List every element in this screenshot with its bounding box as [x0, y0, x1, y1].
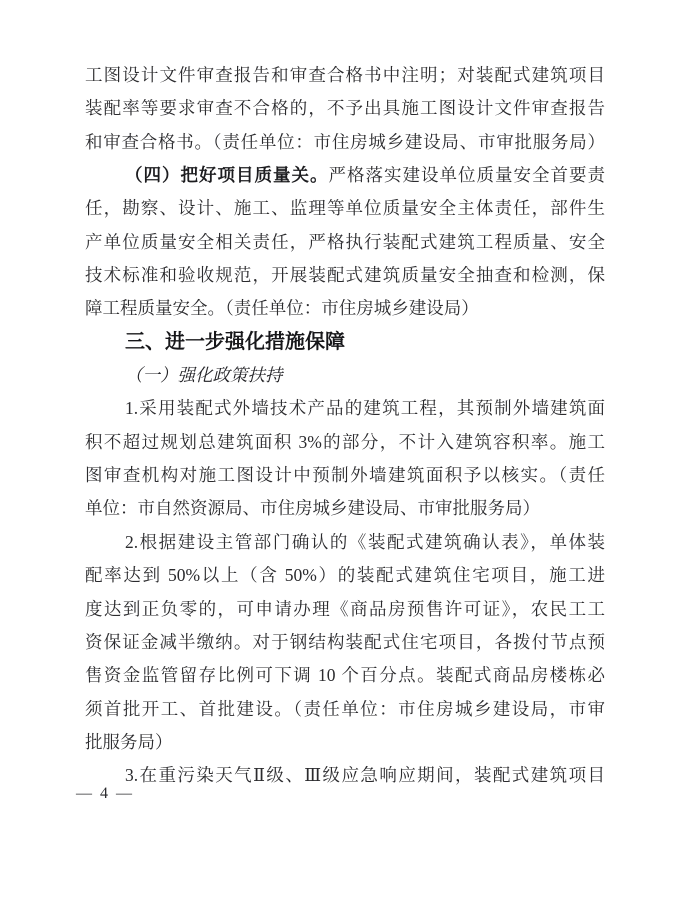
body-line: 障工程质量安全。（责任单位：市住房城乡建设局）: [85, 292, 605, 325]
body-line: 度达到正负零的，可申请办理《商品房预售许可证》，农民工工: [85, 593, 605, 626]
subsection-heading: （一）强化政策扶持: [85, 359, 605, 392]
paragraph-start-line: 3.在重污染天气Ⅱ级、Ⅲ级应急响应期间，装配式建筑项目: [85, 759, 605, 792]
text-block: 工图设计文件审查报告和审查合格书中注明；对装配式建筑项目 装配率等要求审查不合格…: [85, 59, 605, 793]
body-line: 资保证金减半缴纳。对于钢结构装配式住宅项目，各拨付节点预: [85, 626, 605, 659]
body-line: 技术标准和验收规范，开展装配式建筑质量安全抽查和检测，保: [85, 259, 605, 292]
body-line: 产单位质量安全相关责任，严格执行装配式建筑工程质量、安全: [85, 226, 605, 259]
page-number: — 4 —: [76, 783, 134, 805]
paragraph-start-line: 1.采用装配式外墙技术产品的建筑工程，其预制外墙建筑面: [85, 392, 605, 425]
paragraph-start-line: （四）把好项目质量关。严格落实建设单位质量安全首要责: [85, 159, 605, 192]
document-page: 工图设计文件审查报告和审查合格书中注明；对装配式建筑项目 装配率等要求审查不合格…: [0, 0, 680, 898]
paragraph-start-line: 2.根据建设主管部门确认的《装配式建筑确认表》，单体装: [85, 526, 605, 559]
body-line: 批服务局）: [85, 726, 605, 759]
section-heading: 三、进一步强化措施保障: [85, 326, 605, 359]
body-line: 单位：市自然资源局、市住房城乡建设局、市审批服务局）: [85, 492, 605, 525]
body-line: 和审查合格书。（责任单位：市住房城乡建设局、市审批服务局）: [85, 126, 605, 159]
body-line: 积不超过规划总建筑面积 3%的部分，不计入建筑容积率。施工: [85, 426, 605, 459]
body-line: 图审查机构对施工图设计中预制外墙建筑面积予以核实。（责任: [85, 459, 605, 492]
paragraph-lead-bold: （四）把好项目质量关。: [125, 165, 329, 185]
body-line-text: 严格落实建设单位质量安全首要责: [329, 165, 606, 185]
body-line: 售资金监管留存比例可下调 10 个百分点。装配式商品房楼栋必: [85, 659, 605, 692]
body-line: 工图设计文件审查报告和审查合格书中注明；对装配式建筑项目: [85, 59, 605, 92]
body-line: 任，勘察、设计、施工、监理等单位质量安全主体责任，部件生: [85, 192, 605, 225]
body-line: 装配率等要求审查不合格的，不予出具施工图设计文件审查报告: [85, 92, 605, 125]
body-line: 须首批开工、首批建设。（责任单位：市住房城乡建设局，市审: [85, 693, 605, 726]
body-line: 配率达到 50%以上（含 50%）的装配式建筑住宅项目，施工进: [85, 559, 605, 592]
